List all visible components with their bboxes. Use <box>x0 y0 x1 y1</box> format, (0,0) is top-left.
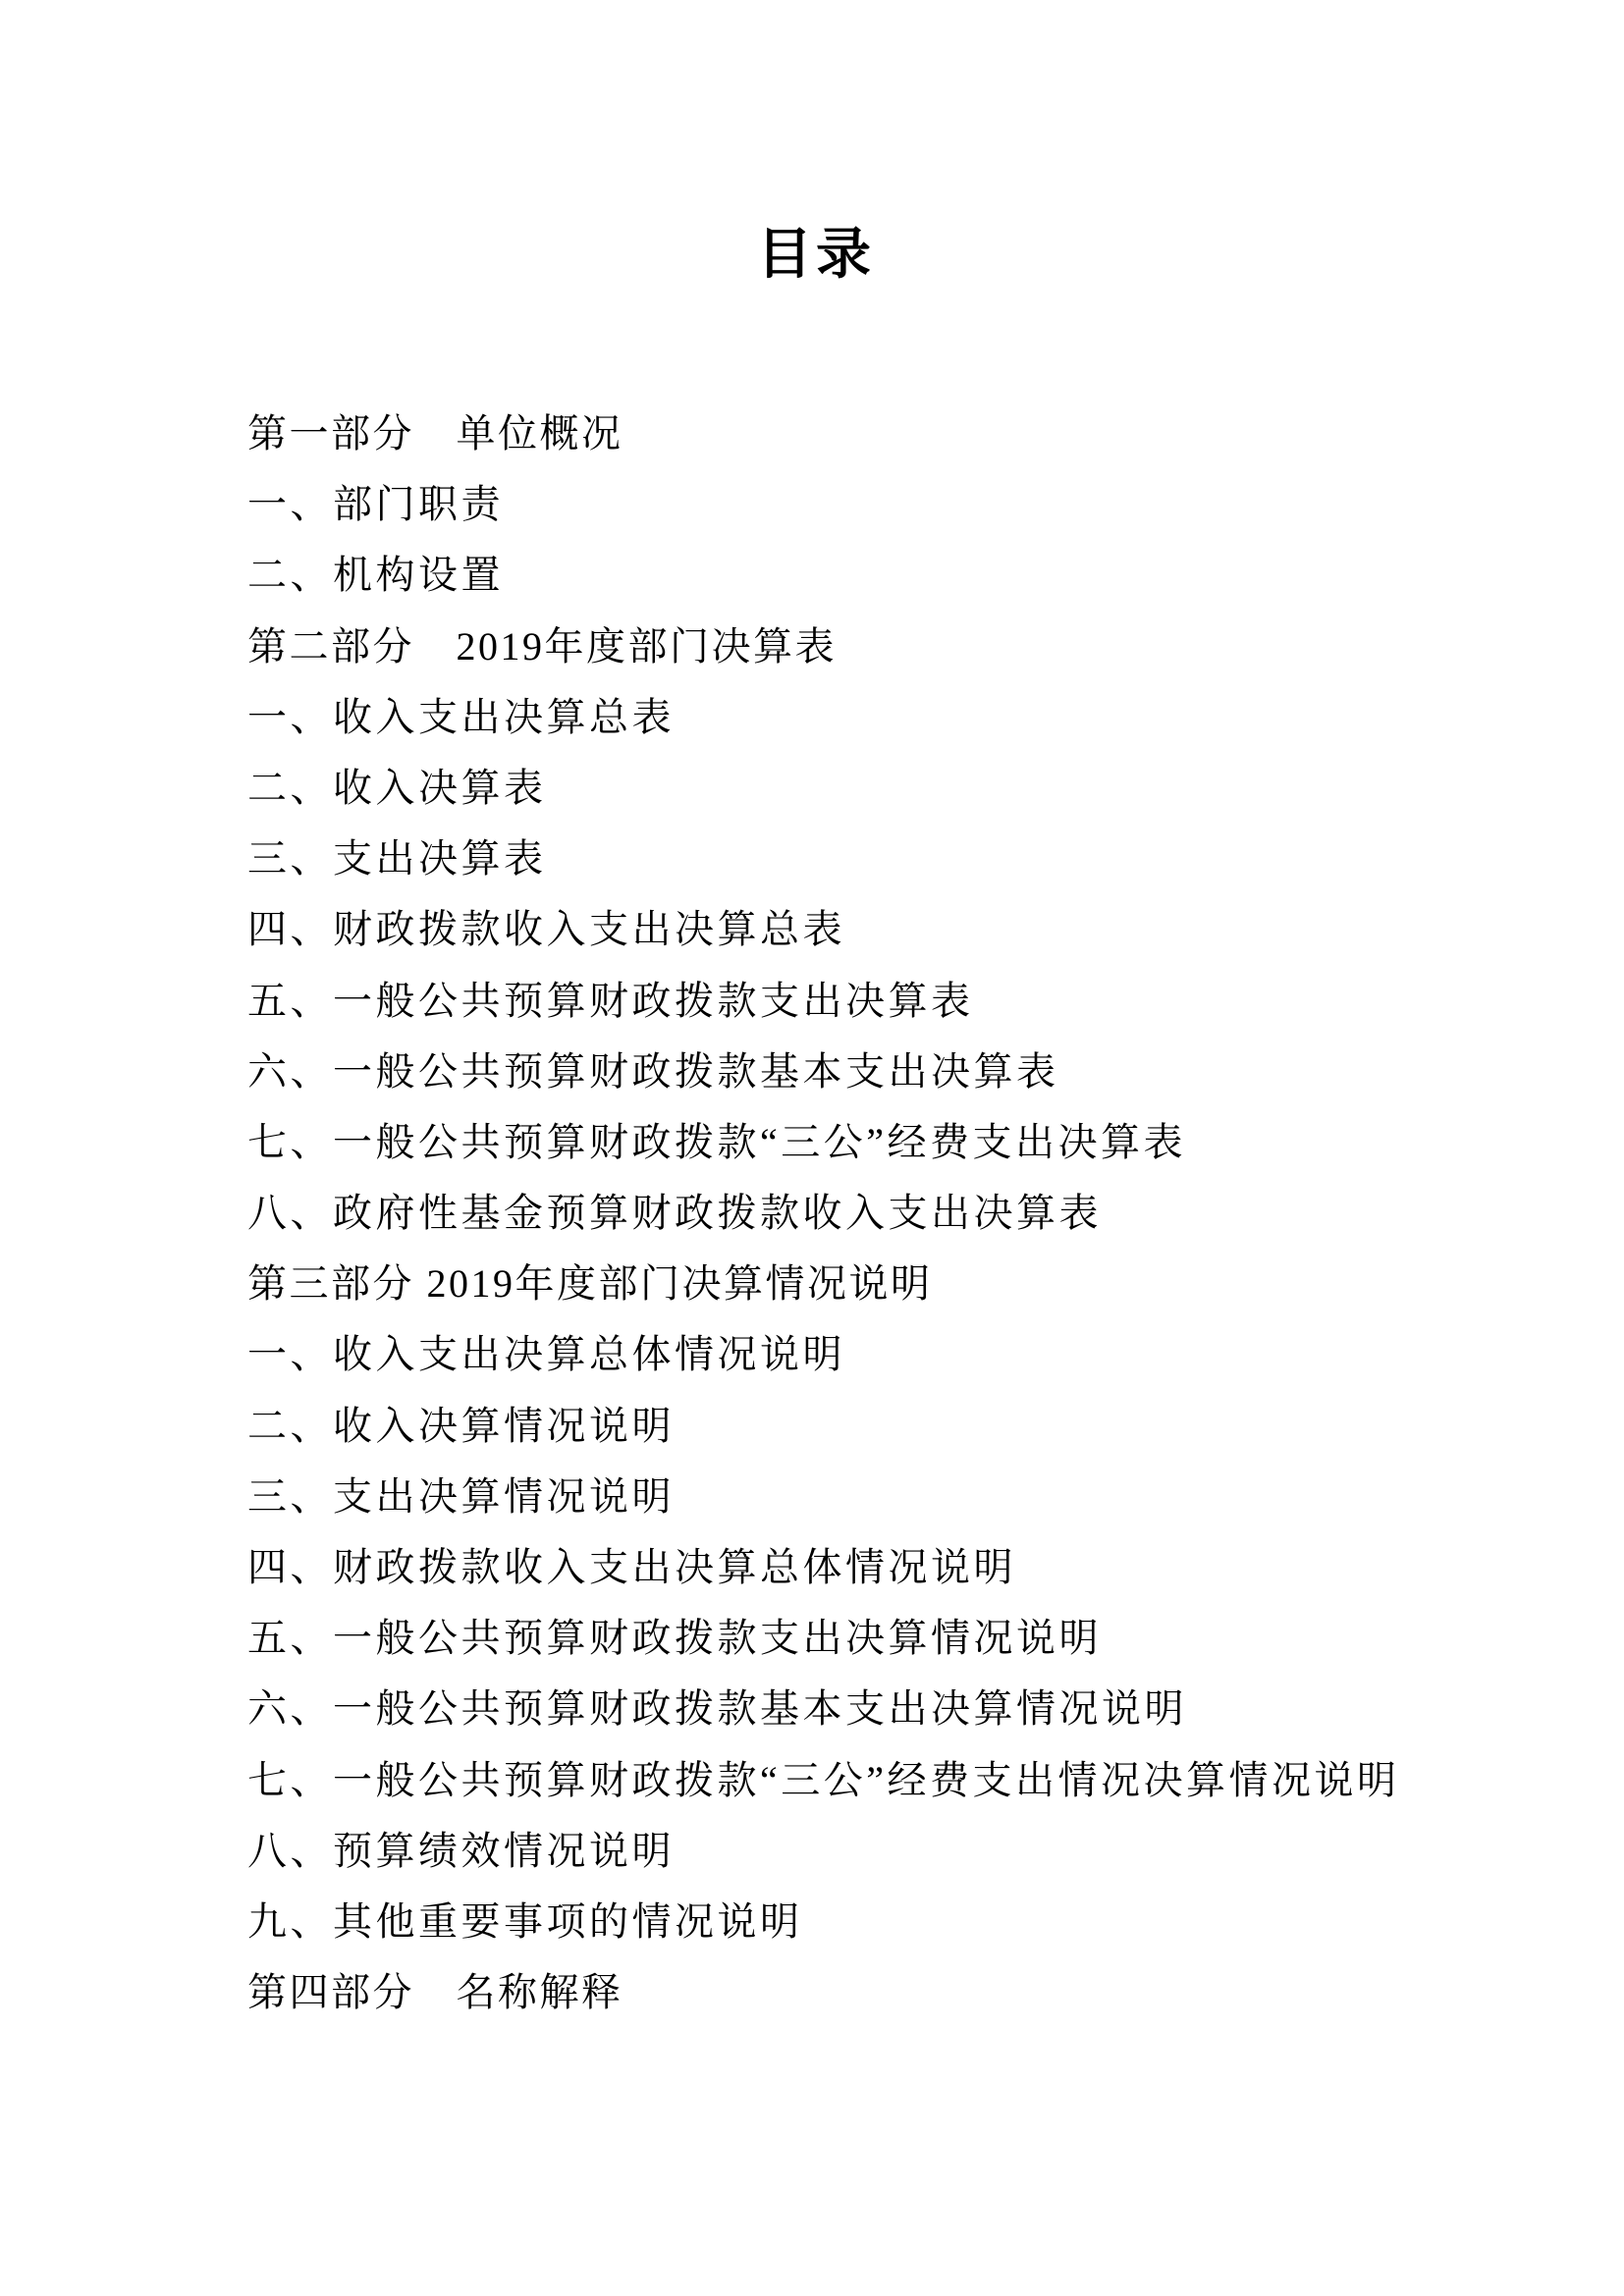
toc-item-part3-1[interactable]: 一、收入支出决算总体情况说明 <box>247 1319 1475 1390</box>
page-title: 目录 <box>0 218 1624 293</box>
toc-item-part2-5[interactable]: 五、一般公共预算财政拨款支出决算表 <box>247 966 1475 1037</box>
toc-item-part3-5[interactable]: 五、一般公共预算财政拨款支出决算情况说明 <box>247 1603 1475 1674</box>
toc-item-part2-8[interactable]: 八、政府性基金预算财政拨款收入支出决算表 <box>247 1178 1475 1249</box>
toc-part-1[interactable]: 第一部分 单位概况 <box>247 399 1475 469</box>
toc-item-part1-duties[interactable]: 一、部门职责 <box>247 469 1475 540</box>
toc-part-2[interactable]: 第二部分 2019年度部门决算表 <box>247 612 1475 682</box>
toc-item-part1-organization[interactable]: 二、机构设置 <box>247 540 1475 611</box>
toc-item-part3-4[interactable]: 四、财政拨款收入支出决算总体情况说明 <box>247 1532 1475 1603</box>
toc-item-part3-6[interactable]: 六、一般公共预算财政拨款基本支出决算情况说明 <box>247 1674 1475 1744</box>
toc-item-part2-2[interactable]: 二、收入决算表 <box>247 753 1475 824</box>
table-of-contents: 第一部分 单位概况 一、部门职责 二、机构设置 第二部分 2019年度部门决算表… <box>247 399 1475 2028</box>
toc-item-part3-9[interactable]: 九、其他重要事项的情况说明 <box>247 1887 1475 1957</box>
toc-item-part2-4[interactable]: 四、财政拨款收入支出决算总表 <box>247 894 1475 965</box>
toc-item-part3-2[interactable]: 二、收入决算情况说明 <box>247 1391 1475 1462</box>
toc-item-part2-7[interactable]: 七、一般公共预算财政拨款“三公”经费支出决算表 <box>247 1107 1475 1178</box>
toc-item-part2-3[interactable]: 三、支出决算表 <box>247 824 1475 894</box>
toc-item-part2-1[interactable]: 一、收入支出决算总表 <box>247 682 1475 753</box>
toc-item-part3-3[interactable]: 三、支出决算情况说明 <box>247 1462 1475 1532</box>
toc-part-3[interactable]: 第三部分 2019年度部门决算情况说明 <box>247 1249 1475 1319</box>
toc-item-part2-6[interactable]: 六、一般公共预算财政拨款基本支出决算表 <box>247 1037 1475 1107</box>
toc-item-part3-7[interactable]: 七、一般公共预算财政拨款“三公”经费支出情况决算情况说明 <box>247 1745 1475 1816</box>
toc-item-part3-8[interactable]: 八、预算绩效情况说明 <box>247 1816 1475 1887</box>
toc-part-4[interactable]: 第四部分 名称解释 <box>247 1957 1475 2028</box>
